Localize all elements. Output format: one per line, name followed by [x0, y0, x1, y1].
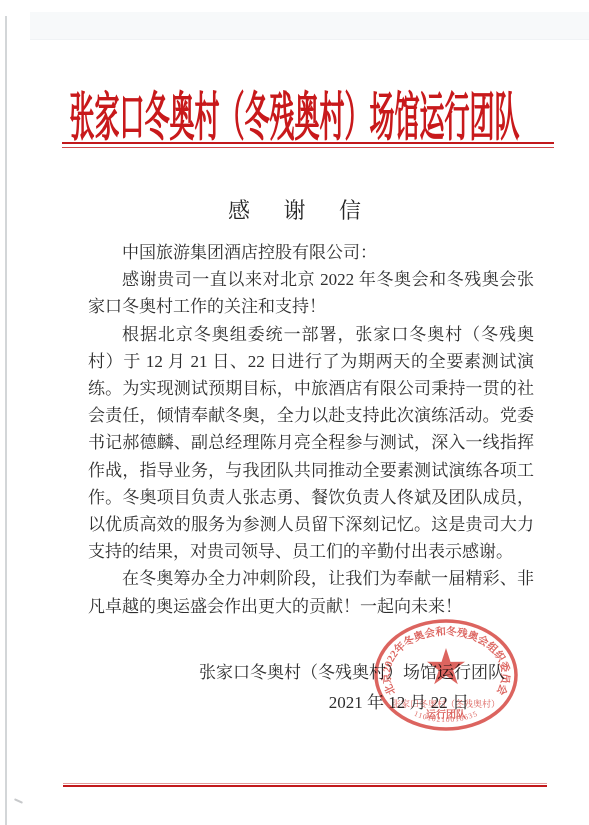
stamp-inner-line1: 张家口冬奥村（冬残奥村） [392, 698, 500, 709]
star-icon [427, 648, 465, 684]
paragraph-1: 感谢贵司一直以来对北京 2022 年冬奥会和冬残奥会张家口冬奥村工作的关注和支持… [88, 266, 534, 320]
letterhead-divider-rule [62, 142, 554, 148]
paragraph-3: 在冬奥筹办全力冲刺阶段，让我们为奉献一届精彩、非凡卓越的奥运盛会作出更大的贡献！… [88, 565, 534, 619]
salutation: 中国旅游集团酒店控股有限公司： [88, 239, 534, 266]
letter-title: 感 谢 信 [0, 194, 589, 225]
letter-body: 中国旅游集团酒店控股有限公司： 感谢贵司一直以来对北京 2022 年冬奥会和冬残… [88, 239, 534, 620]
scanned-letter-page: 张家口冬奥村（冬残奥村）场馆运行团队 感 谢 信 中国旅游集团酒店控股有限公司：… [0, 0, 589, 825]
official-red-stamp: 北京2022年冬奥会和冬残奥会组织委员会 张家口冬奥村（冬残奥村） 运行团队 1… [372, 618, 520, 732]
scan-artifact-mark [14, 798, 23, 803]
scan-artifact-top [30, 12, 589, 40]
paragraph-2: 根据北京冬奥组委统一部署，张家口冬奥村（冬残奥村）于 12 月 21 日、22 … [88, 321, 534, 566]
footer-rule [63, 783, 547, 787]
letterhead-title: 张家口冬奥村（冬残奥村）场馆运行团队 [0, 76, 589, 152]
